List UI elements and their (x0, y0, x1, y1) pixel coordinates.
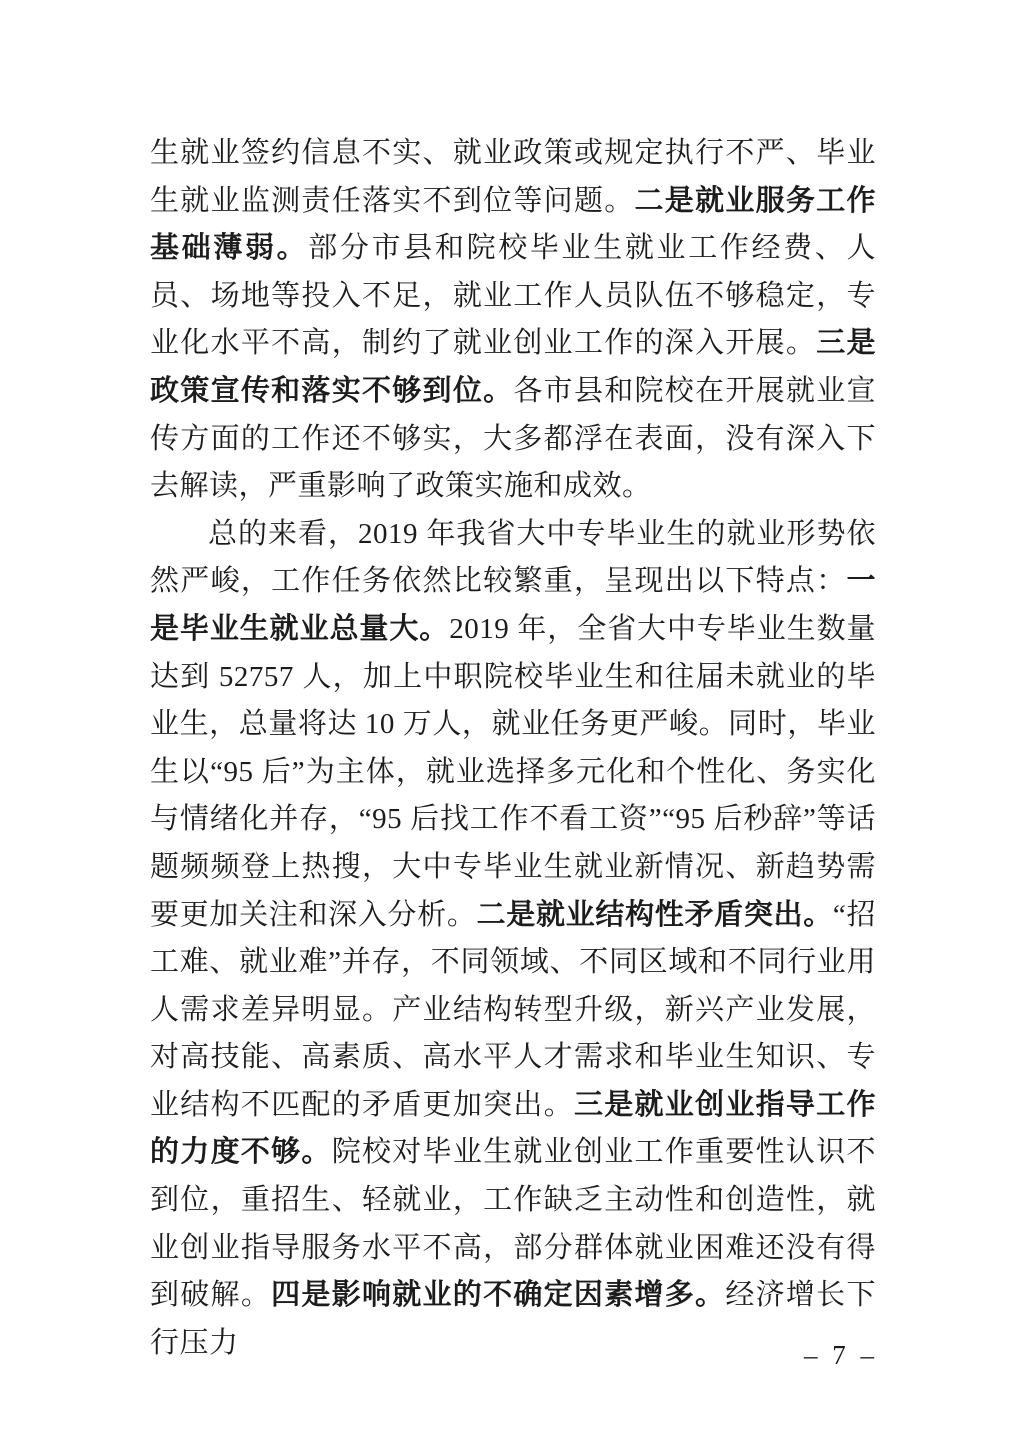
emphasis-run: 二是就业结构性矛盾突出。 (477, 899, 833, 931)
page-number: – 7 – (804, 1340, 878, 1370)
emphasis-run: 四是影响就业的不确定因素增多。 (271, 1279, 725, 1311)
text-run: 总的来看，2019 年我省大中专毕业生的就业形势依然严峻，工作任务依然比较繁重，… (150, 518, 876, 598)
paragraph: 总的来看，2019 年我省大中专毕业生的就业形势依然严峻，工作任务依然比较繁重，… (150, 511, 876, 1368)
text-run: 2019 年，全省大中专毕业生数量达到 52757 人，加上中职院校毕业生和往届… (150, 613, 876, 931)
document-body: 生就业签约信息不实、就业政策或规定执行不严、毕业生就业监测责任落实不到位等问题。… (150, 130, 876, 1367)
text-run: “招工难、就业难”并存，不同领域、不同区域和不同行业用人需求差异明显。产业结构转… (150, 899, 876, 1121)
document-page: 生就业签约信息不实、就业政策或规定执行不严、毕业生就业监测责任落实不到位等问题。… (0, 0, 1024, 1447)
paragraph: 生就业签约信息不实、就业政策或规定执行不严、毕业生就业监测责任落实不到位等问题。… (150, 130, 876, 511)
